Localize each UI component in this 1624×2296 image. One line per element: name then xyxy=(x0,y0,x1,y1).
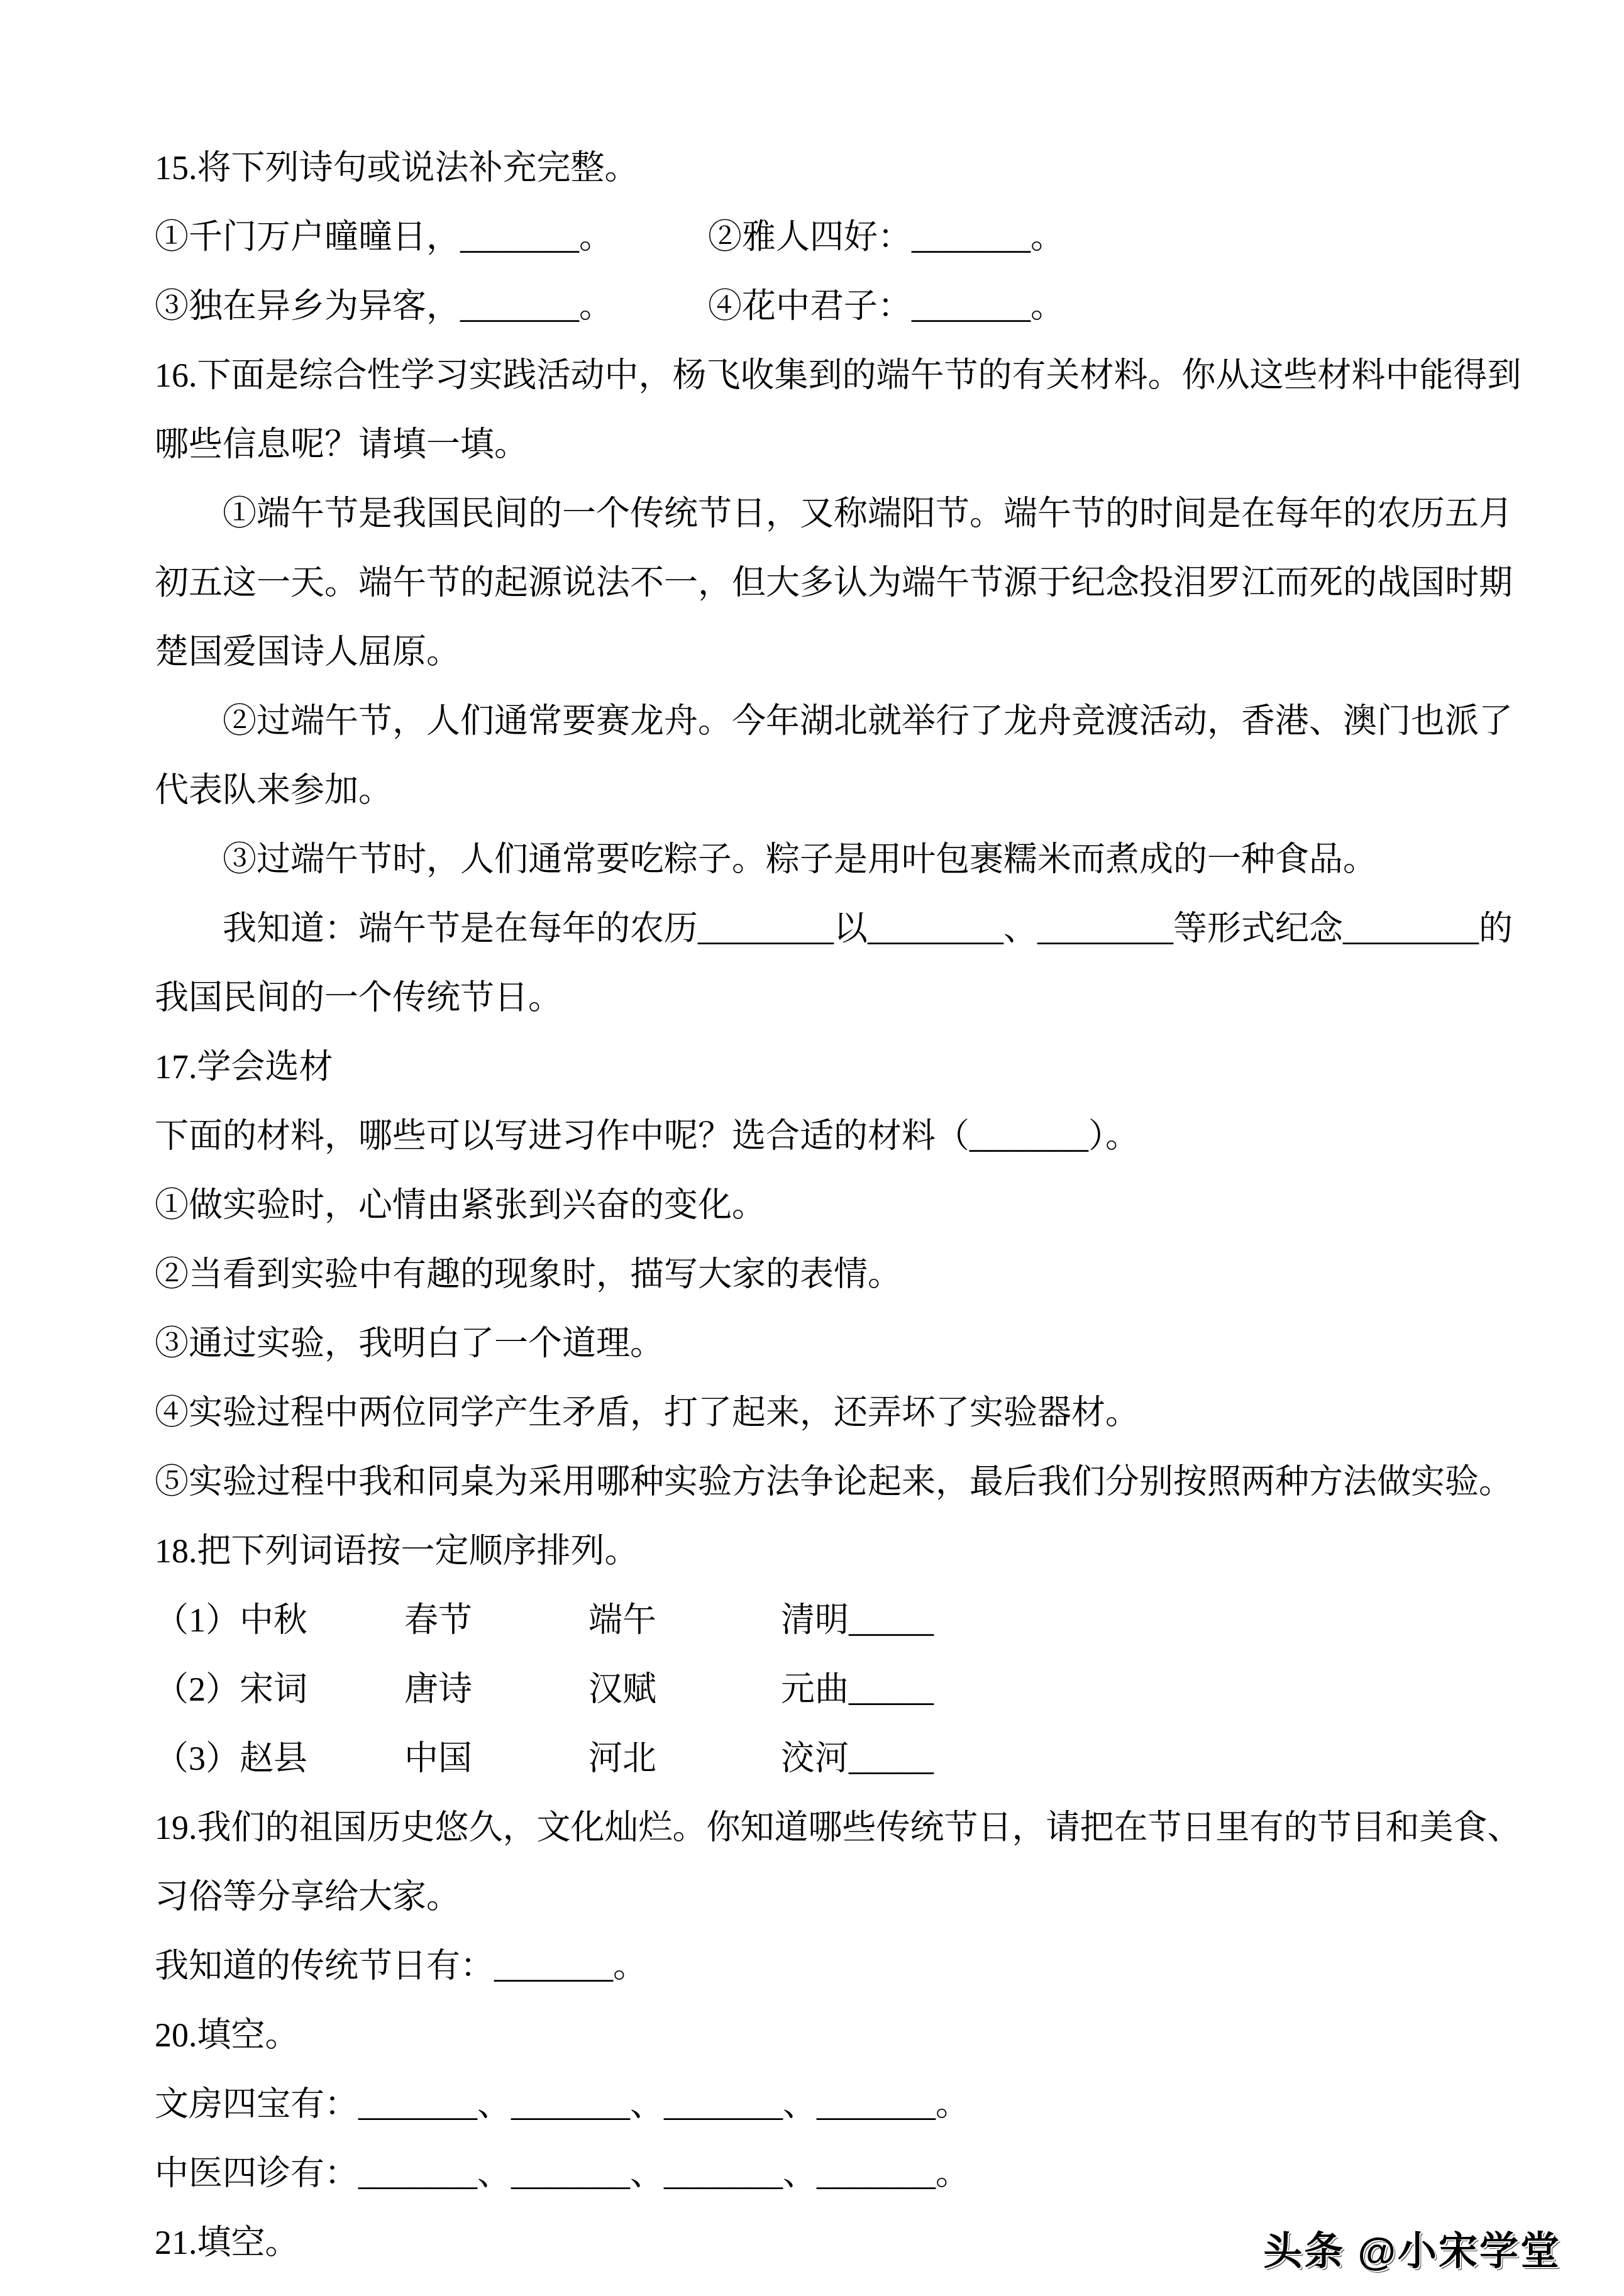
worksheet-page: 15.将下列诗句或说法补充完整。 ①千门万户曈曈日，_______。 ②雅人四好… xyxy=(0,0,1624,2296)
q17-item-4: ④实验过程中两位同学产生矛盾，打了起来，还弄坏了实验器材。 xyxy=(155,1378,1532,1447)
q18-row-3-word-4: 洨河_____ xyxy=(781,1724,934,1793)
q20-title: 20.填空。 xyxy=(155,2001,1532,2070)
q21-title-text: 21.填空。 xyxy=(155,2224,299,2261)
q17-item-5: ⑤实验过程中我和同桌为采用哪种实验方法争论起来，最后我们分别按照两种方法做实验。 xyxy=(155,1447,1532,1516)
q15-item-1: ①千门万户曈曈日，_______。 xyxy=(155,218,613,256)
q20-line-1: 文房四宝有：_______、_______、_______、_______。 xyxy=(155,2070,1532,2139)
q19-answer-text: 我知道的传统节日有：_______。 xyxy=(155,1947,647,1985)
q19-text-2: 习俗等分享给大家。 xyxy=(155,1878,460,1916)
q17-item-3-text: ③通过实验，我明白了一个道理。 xyxy=(155,1325,664,1362)
q18-row-1-word-3: 端午 xyxy=(588,1586,656,1655)
q16-title-line-2: 哪些信息呢？请填一填。 xyxy=(155,410,1532,479)
q19-answer: 我知道的传统节日有：_______。 xyxy=(155,1931,1532,2001)
q17-intro-text: 下面的材料，哪些可以写进习作中呢？选合适的材料（_______）。 xyxy=(155,1117,1139,1155)
q16-material-1-line-1: ①端午节是我国民间的一个传统节日，又称端阳节。端午节的时间是在每年的农历五月 xyxy=(155,479,1532,548)
q16-material-1-line-3: 楚国爱国诗人屈原。 xyxy=(155,617,1532,687)
q17-title-text: 17.学会选材 xyxy=(155,1048,333,1086)
q20-line-2: 中医四诊有：_______、_______、_______、_______。 xyxy=(155,2139,1532,2208)
q18-row-3-label: （3）赵县 xyxy=(155,1740,307,1777)
worksheet-content: 15.将下列诗句或说法补充完整。 ①千门万户曈曈日，_______。 ②雅人四好… xyxy=(155,133,1532,2277)
q19-line-1: 19.我们的祖国历史悠久，文化灿烂。你知道哪些传统节日，请把在节日里有的节目和美… xyxy=(155,1793,1532,1862)
q15-row-1: ①千门万户曈曈日，_______。 ②雅人四好：_______。 xyxy=(155,202,1532,272)
q17-item-1-text: ①做实验时，心情由紧张到兴奋的变化。 xyxy=(155,1186,766,1224)
q15-row-2: ③独在异乡为异客，_______。 ④花中君子：_______。 xyxy=(155,272,1532,341)
q17-item-3: ③通过实验，我明白了一个道理。 xyxy=(155,1309,1532,1378)
q15-item-2: ②雅人四好：_______。 xyxy=(708,202,1064,272)
q18-row-3-word-2: 中国 xyxy=(404,1724,472,1793)
q16-title-text-2: 哪些信息呢？请填一填。 xyxy=(155,426,528,463)
q17-item-4-text: ④实验过程中两位同学产生矛盾，打了起来，还弄坏了实验器材。 xyxy=(155,1394,1139,1432)
q18-row-2: （2）宋词 唐诗 汉赋 元曲_____ xyxy=(155,1655,1532,1724)
q18-row-1-label: （1）中秋 xyxy=(155,1601,307,1639)
q16-material-1-text-2: 初五这一天。端午节的起源说法不一，但大多认为端午节源于纪念投泪罗江而死的战国时期 xyxy=(155,564,1513,602)
q18-title-text: 18.把下列词语按一定顺序排列。 xyxy=(155,1532,639,1570)
q18-title: 18.把下列词语按一定顺序排列。 xyxy=(155,1516,1532,1586)
q16-material-3-text: ③过端午节时，人们通常要吃粽子。粽子是用叶包裹糯米而煮成的一种食品。 xyxy=(223,841,1377,878)
q16-material-1-text-3: 楚国爱国诗人屈原。 xyxy=(155,633,460,671)
q20-title-text: 20.填空。 xyxy=(155,2016,299,2054)
q15-item-4: ④花中君子：_______。 xyxy=(708,272,1064,341)
q16-material-2-line-1: ②过端午节，人们通常要赛龙舟。今年湖北就举行了龙舟竞渡活动，香港、澳门也派了 xyxy=(155,687,1532,756)
q20-text-2: 中医四诊有：_______、_______、_______、_______。 xyxy=(155,2155,969,2192)
q17-intro: 下面的材料，哪些可以写进习作中呢？选合适的材料（_______）。 xyxy=(155,1101,1532,1171)
q16-material-1-line-2: 初五这一天。端午节的起源说法不一，但大多认为端午节源于纪念投泪罗江而死的战国时期 xyxy=(155,548,1532,617)
q16-answer-text-1: 我知道：端午节是在每年的农历________以________、________… xyxy=(223,910,1513,947)
q16-answer-line-2: 我国民间的一个传统节日。 xyxy=(155,963,1532,1032)
q18-row-3: （3）赵县 中国 河北 洨河_____ xyxy=(155,1724,1532,1793)
q16-material-3-line: ③过端午节时，人们通常要吃粽子。粽子是用叶包裹糯米而煮成的一种食品。 xyxy=(155,825,1532,894)
q18-row-2-word-4: 元曲_____ xyxy=(781,1655,934,1724)
q16-answer-text-2: 我国民间的一个传统节日。 xyxy=(155,979,562,1017)
q15-item-3: ③独在异乡为异客，_______。 xyxy=(155,287,613,325)
q16-answer-line-1: 我知道：端午节是在每年的农历________以________、________… xyxy=(155,894,1532,963)
q16-title-text-1: 16.下面是综合性学习实践活动中，杨飞收集到的端午节的有关材料。你从这些材料中能… xyxy=(155,356,1522,394)
q19-line-2: 习俗等分享给大家。 xyxy=(155,1862,1532,1931)
q18-row-3-word-3: 河北 xyxy=(588,1724,656,1793)
q16-material-1-text-1: ①端午节是我国民间的一个传统节日，又称端阳节。端午节的时间是在每年的农历五月 xyxy=(223,495,1513,533)
q16-material-2-text-2: 代表队来参加。 xyxy=(155,771,392,809)
q17-item-5-text: ⑤实验过程中我和同桌为采用哪种实验方法争论起来，最后我们分别按照两种方法做实验。 xyxy=(155,1463,1513,1501)
q16-title-line-1: 16.下面是综合性学习实践活动中，杨飞收集到的端午节的有关材料。你从这些材料中能… xyxy=(155,341,1532,410)
watermark: 头条 @小宋学堂 xyxy=(1263,2220,1561,2276)
q16-material-2-text-1: ②过端午节，人们通常要赛龙舟。今年湖北就举行了龙舟竞渡活动，香港、澳门也派了 xyxy=(223,702,1513,740)
q18-row-1-word-4: 清明_____ xyxy=(781,1586,934,1655)
q16-material-2-line-2: 代表队来参加。 xyxy=(155,756,1532,825)
q18-row-2-word-3: 汉赋 xyxy=(588,1655,656,1724)
q18-row-2-word-2: 唐诗 xyxy=(404,1655,472,1724)
q17-title: 17.学会选材 xyxy=(155,1032,1532,1101)
q17-item-1: ①做实验时，心情由紧张到兴奋的变化。 xyxy=(155,1171,1532,1240)
q18-row-1: （1）中秋 春节 端午 清明_____ xyxy=(155,1586,1532,1655)
q17-item-2-text: ②当看到实验中有趣的现象时，描写大家的表情。 xyxy=(155,1256,902,1293)
q18-row-2-label: （2）宋词 xyxy=(155,1670,307,1708)
q15-title-text: 15.将下列诗句或说法补充完整。 xyxy=(155,149,639,187)
q15-title: 15.将下列诗句或说法补充完整。 xyxy=(155,133,1532,202)
q20-text-1: 文房四宝有：_______、_______、_______、_______。 xyxy=(155,2085,969,2123)
q19-text-1: 19.我们的祖国历史悠久，文化灿烂。你知道哪些传统节日，请把在节日里有的节目和美… xyxy=(155,1809,1522,1846)
q18-row-1-word-2: 春节 xyxy=(404,1586,472,1655)
q17-item-2: ②当看到实验中有趣的现象时，描写大家的表情。 xyxy=(155,1240,1532,1309)
